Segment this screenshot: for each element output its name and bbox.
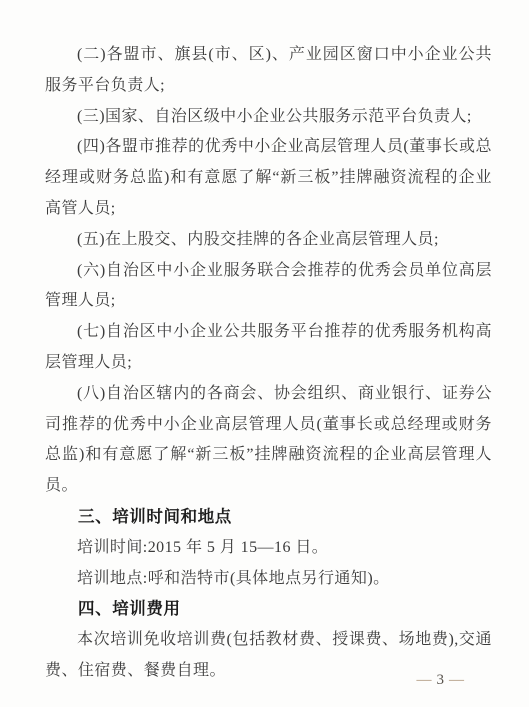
paragraph: (七)自治区中小企业公共服务平台推荐的优秀服务机构高层管理人员;	[45, 317, 492, 379]
paragraph: (四)各盟市推荐的优秀中小企业高层管理人员(董事长或总经理或财务总监)和有意愿了…	[45, 132, 492, 224]
paragraph: (六)自治区中小企业服务联合会推荐的优秀会员单位高层管理人员;	[45, 256, 492, 318]
paragraph: (八)自治区辖内的各商会、协会组织、商业银行、证券公司推荐的优秀中小企业高层管理…	[45, 379, 492, 502]
page-number-value: 3	[437, 672, 446, 688]
page-number-right-dash: —	[445, 672, 469, 688]
section-heading: 三、培训时间和地点	[45, 502, 492, 533]
paragraph: 培训时间:2015 年 5 月 15—16 日。	[45, 533, 492, 564]
page-number-left-dash: —	[413, 672, 437, 688]
paragraph: (五)在上股交、内股交挂牌的各企业高层管理人员;	[45, 225, 492, 256]
page-number: —3—	[413, 671, 470, 689]
document-page: (二)各盟市、旗县(市、区)、产业园区窗口中小企业公共服务平台负责人;(三)国家…	[0, 0, 529, 707]
section-heading: 四、培训费用	[45, 594, 492, 625]
paragraph: 培训地点:呼和浩特市(具体地点另行通知)。	[45, 564, 492, 595]
paragraph: (三)国家、自治区级中小企业公共服务示范平台负责人;	[45, 102, 492, 133]
paragraph: (二)各盟市、旗县(市、区)、产业园区窗口中小企业公共服务平台负责人;	[45, 40, 492, 102]
document-body: (二)各盟市、旗县(市、区)、产业园区窗口中小企业公共服务平台负责人;(三)国家…	[45, 40, 492, 687]
